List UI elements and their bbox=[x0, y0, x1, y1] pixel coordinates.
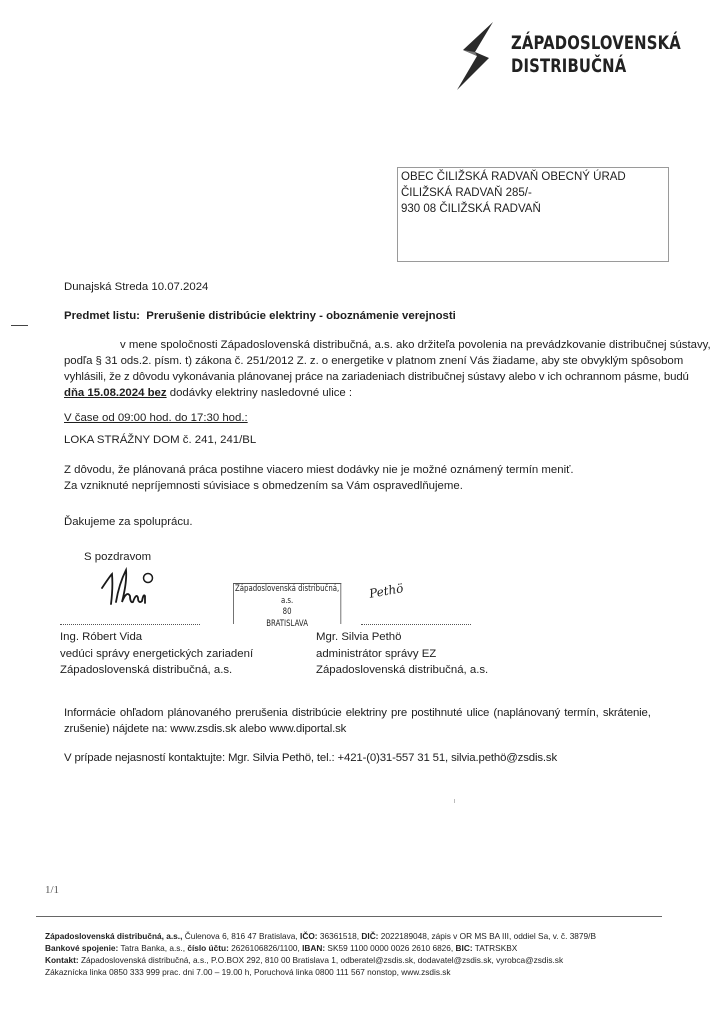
body-line-4: dňa 15.08.2024 bez dodávky elektriny nas… bbox=[64, 385, 352, 402]
footer-line-3: Kontakt: Západoslovenská distribučná, a.… bbox=[45, 954, 596, 966]
recipient-line-1: OBEC ČILIŽSKÁ RADVAŇ OBECNÝ ÚRAD bbox=[398, 168, 668, 185]
footer-line-1: Západoslovenská distribučná, a.s., Čulen… bbox=[45, 930, 596, 942]
body-line-1: v mene spoločnosti Západoslovenská distr… bbox=[120, 337, 711, 354]
body-line-3: vyhlásili, že z dôvodu vykonávania pláno… bbox=[64, 369, 689, 386]
footer-line-2: Bankové spojenie: Tatra Banka, a.s., čís… bbox=[45, 942, 596, 954]
footer-ico: 36361518, bbox=[318, 931, 362, 941]
signatory-name: Mgr. Silvia Pethö bbox=[316, 629, 488, 646]
subject-line: Predmet listu: Prerušenie distribúcie el… bbox=[64, 308, 456, 325]
reason-line-1: Z dôvodu, že plánovaná práca postihne vi… bbox=[64, 462, 574, 479]
footer-company-name: Západoslovenská distribučná, a.s., bbox=[45, 931, 182, 941]
stamp-line-2: 80 bbox=[234, 607, 341, 619]
company-stamp: Západoslovenská distribučná, a.s. 80 BRA… bbox=[233, 583, 341, 624]
footer-account-label: číslo účtu: bbox=[187, 943, 229, 953]
signatory-vida: Ing. Róbert Vida vedúci správy energetic… bbox=[60, 629, 253, 679]
contact-line: V prípade nejasností kontaktujte: Mgr. S… bbox=[64, 750, 557, 767]
scan-artifact bbox=[454, 799, 455, 803]
recipient-line-2: ČILIŽSKÁ RADVAŇ 285/- bbox=[398, 185, 668, 201]
outage-time-range: V čase od 09:00 hod. do 17:30 hod.: bbox=[64, 410, 248, 427]
signatory-name: Ing. Róbert Vida bbox=[60, 629, 253, 646]
recipient-line-3: 930 08 ČILIŽSKÁ RADVAŇ bbox=[398, 201, 668, 217]
signatory-role: vedúci správy energetických zariadení bbox=[60, 646, 253, 663]
footer-line-4: Zákaznícka linka 0850 333 999 prac. dni … bbox=[45, 966, 596, 978]
outage-location: LOKA STRÁŽNY DOM č. 241, 241/BL bbox=[64, 432, 256, 449]
footer-bank: Tatra Banka, a.s., bbox=[118, 943, 187, 953]
company-logo: ZÁPADOSLOVENSKÁ DISTRIBUČNÁ bbox=[455, 22, 695, 90]
fold-mark bbox=[11, 325, 28, 326]
logo-line-2: DISTRIBUČNÁ bbox=[511, 55, 681, 78]
thanks-line: Ďakujeme za spoluprácu. bbox=[64, 514, 193, 531]
info-line-2: zrušenie) nájdete na: www.zsdis.sk alebo… bbox=[64, 721, 346, 738]
stamp-line-1: Západoslovenská distribučná, a.s. bbox=[234, 584, 341, 607]
signature-line-left bbox=[60, 624, 200, 625]
footer-company-info: Západoslovenská distribučná, a.s., Čulen… bbox=[45, 930, 596, 978]
signature-petho: Pethö bbox=[368, 581, 404, 601]
signatory-petho: Mgr. Silvia Pethö administrátor správy E… bbox=[316, 629, 488, 679]
footer-iban-label: IBAN: bbox=[302, 943, 325, 953]
logo-line-1: ZÁPADOSLOVENSKÁ bbox=[511, 32, 681, 55]
subject-label: Predmet listu: bbox=[64, 310, 140, 322]
footer-dic-registration: 2022189048, zápis v OR MS BA III, oddiel… bbox=[378, 931, 596, 941]
footer-bic-label: BIC: bbox=[456, 943, 473, 953]
logo-wordmark: ZÁPADOSLOVENSKÁ DISTRIBUČNÁ bbox=[511, 32, 681, 78]
body-line-4-text: dodávky elektriny nasledovné ulice : bbox=[167, 387, 353, 399]
footer-divider bbox=[36, 916, 662, 917]
signatory-role: administrátor správy EZ bbox=[316, 646, 488, 663]
footer-address: Čulenova 6, 816 47 Bratislava, bbox=[182, 931, 300, 941]
lightning-bolt-icon bbox=[455, 22, 505, 90]
subject-text: Prerušenie distribúcie elektriny - obozn… bbox=[146, 310, 456, 322]
recipient-address-box: OBEC ČILIŽSKÁ RADVAŇ OBECNÝ ÚRAD ČILIŽSK… bbox=[397, 167, 669, 262]
footer-contact-label: Kontakt: bbox=[45, 955, 79, 965]
footer-contact: Západoslovenská distribučná, a.s., P.O.B… bbox=[79, 955, 563, 965]
footer-bic: TATRSKBX bbox=[473, 943, 518, 953]
signatory-company: Západoslovenská distribučná, a.s. bbox=[316, 662, 488, 679]
footer-bank-label: Bankové spojenie: bbox=[45, 943, 118, 953]
signatory-company: Západoslovenská distribučná, a.s. bbox=[60, 662, 253, 679]
footer-ico-label: IČO: bbox=[300, 931, 318, 941]
info-line-1: Informácie ohľadom plánovaného prerušeni… bbox=[64, 705, 651, 722]
page-number: 1/1 bbox=[45, 884, 59, 896]
outage-date: dňa 15.08.2024 bez bbox=[64, 387, 167, 399]
signature-vida bbox=[100, 566, 160, 608]
reason-line-2: Za vzniknuté nepríjemnosti súvisiace s o… bbox=[64, 478, 463, 495]
signature-line-right bbox=[361, 624, 471, 625]
footer-dic-label: DIČ: bbox=[361, 931, 378, 941]
body-line-2: podľa § 31 ods.2. písm. t) zákona č. 251… bbox=[64, 353, 683, 370]
footer-iban: SK59 1100 0000 0026 2610 6826, bbox=[325, 943, 455, 953]
greeting: S pozdravom bbox=[84, 549, 151, 566]
place-date: Dunajská Streda 10.07.2024 bbox=[64, 279, 208, 296]
footer-account: 2626106826/1100, bbox=[229, 943, 302, 953]
